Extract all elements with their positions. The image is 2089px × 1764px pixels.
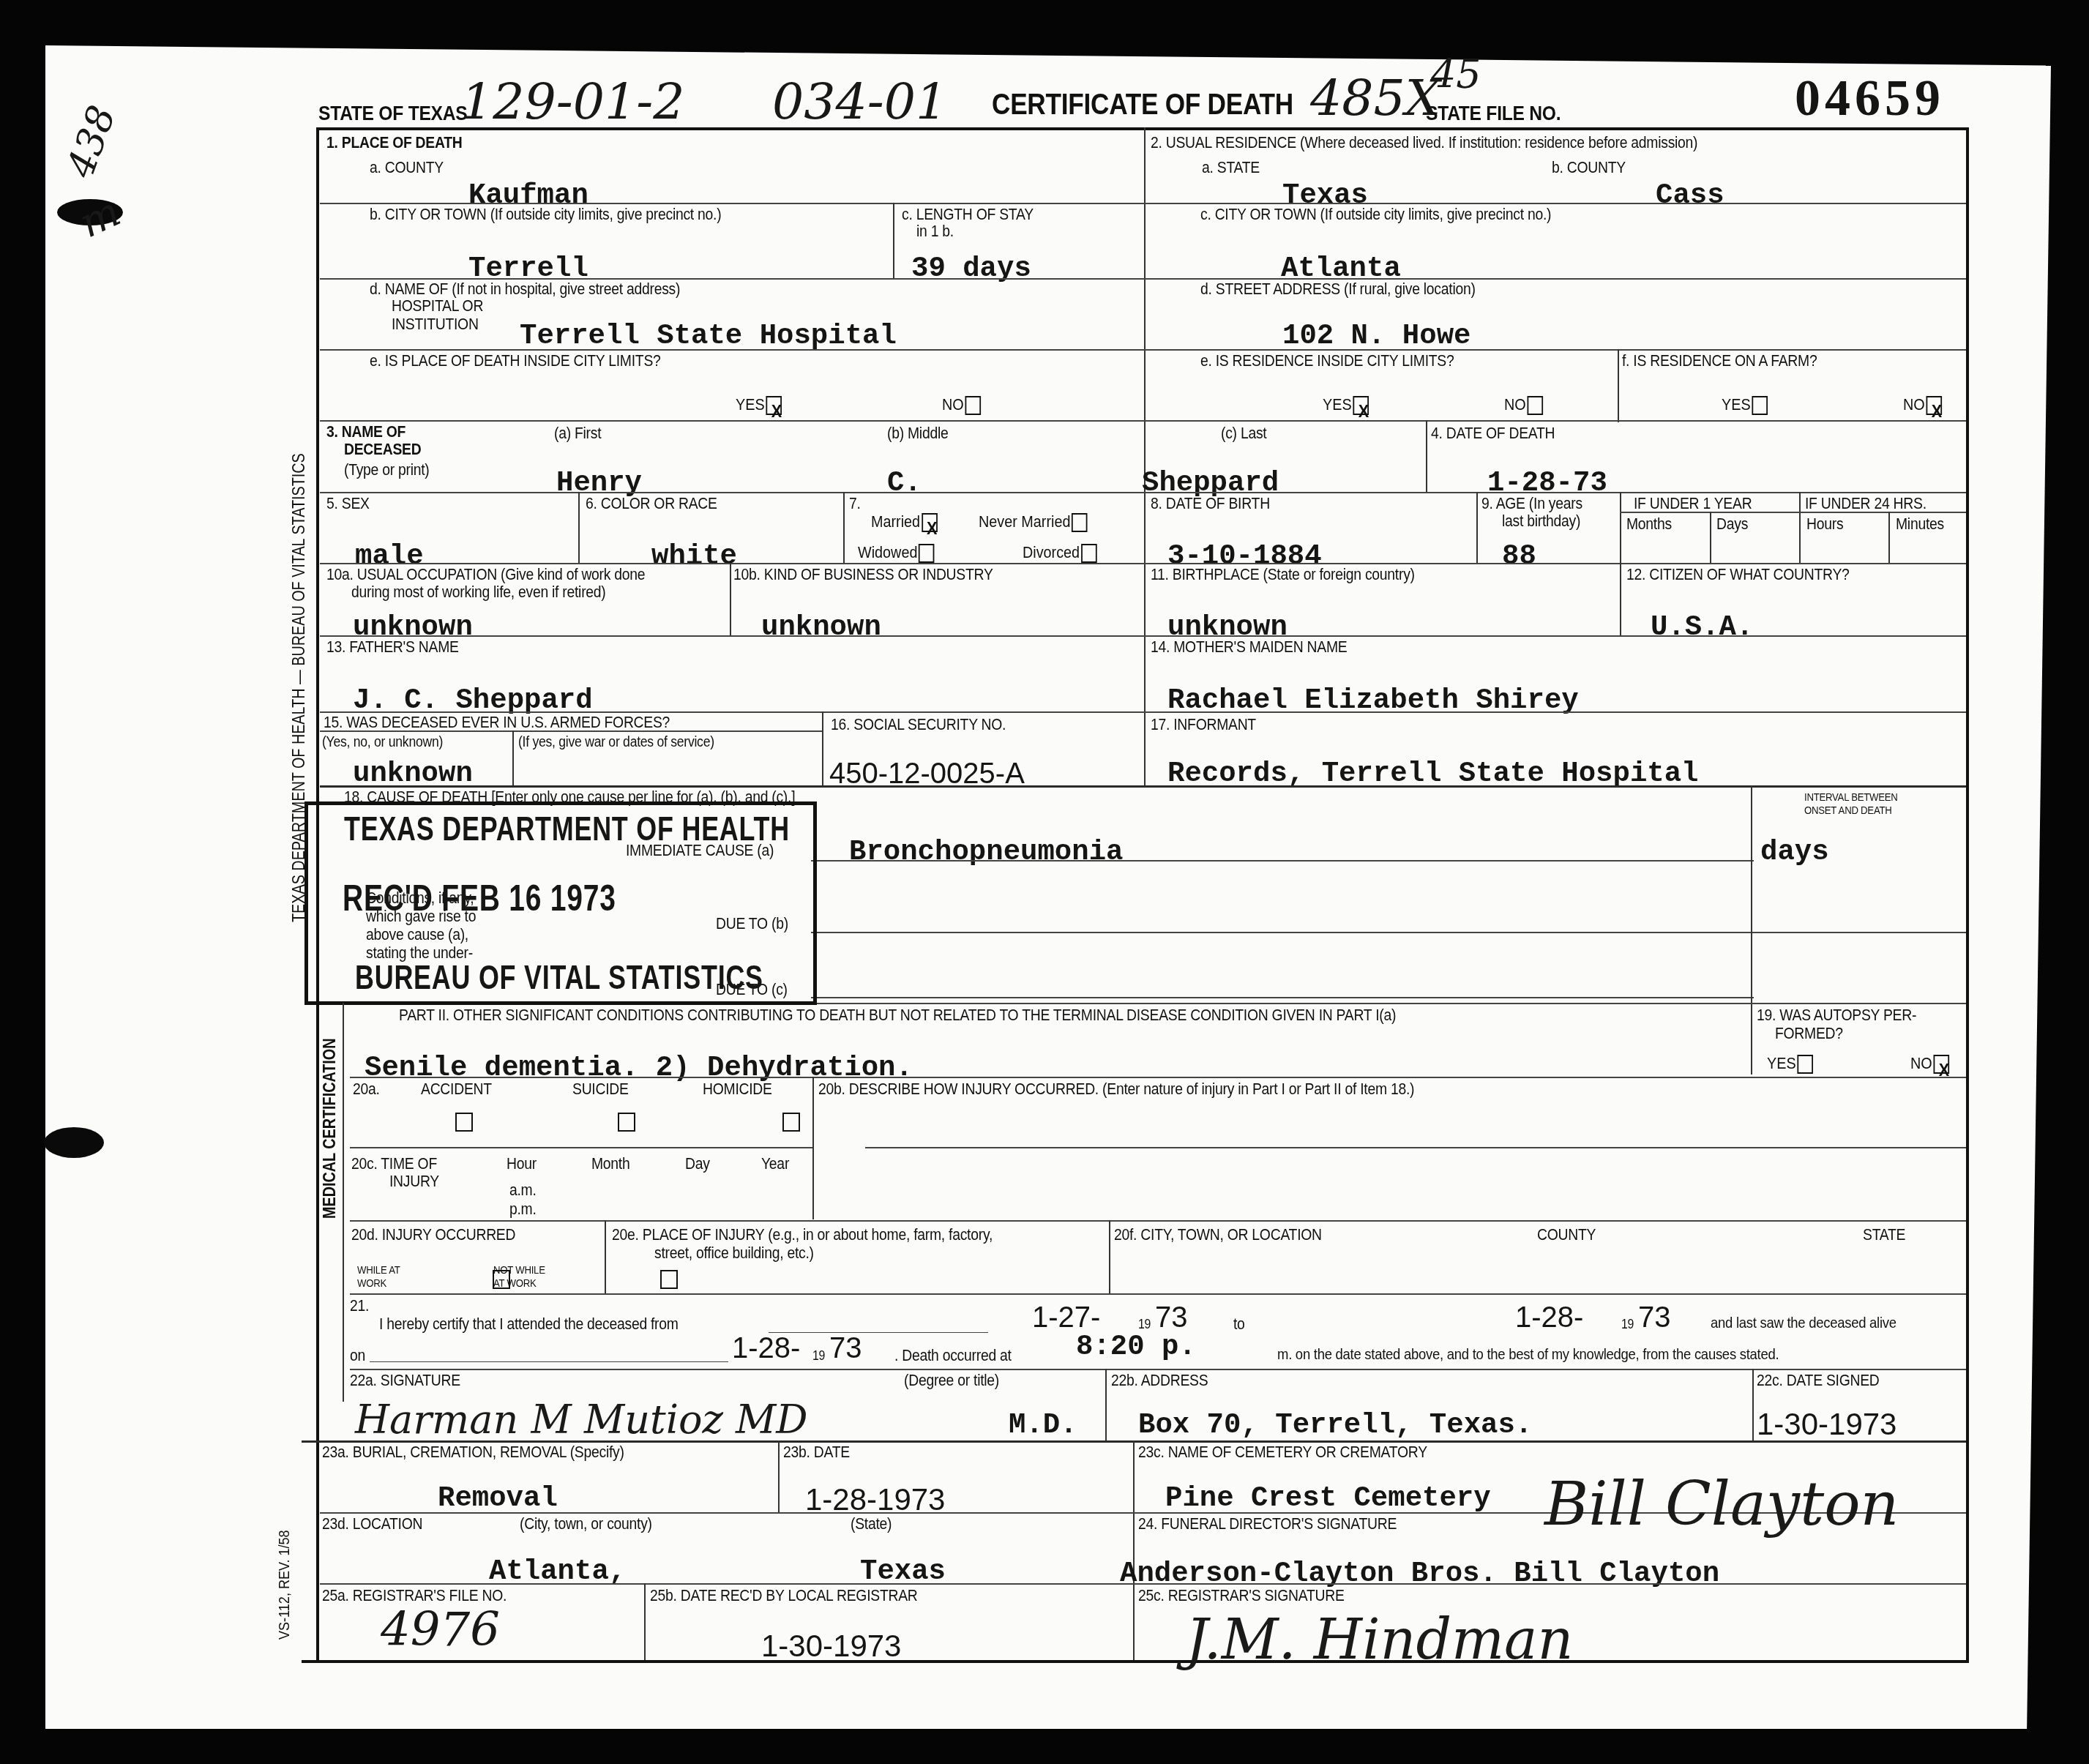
- am-label: a.m.: [509, 1181, 537, 1198]
- year-prefix-1: 19: [1138, 1318, 1151, 1331]
- res-street-label: d. STREET ADDRESS (If rural, give locati…: [1200, 280, 1476, 297]
- checkbox-checked-icon: [1353, 396, 1369, 415]
- row-line: [1620, 512, 1966, 513]
- days-label: Days: [1716, 515, 1748, 532]
- middle-name: C.: [887, 467, 922, 499]
- time-injury-label-1: 20c. TIME OF: [351, 1155, 437, 1172]
- month-label: Month: [591, 1155, 629, 1172]
- divider: [1476, 492, 1478, 563]
- divider: [1620, 492, 1621, 563]
- marital-never-married[interactable]: Never Married: [979, 512, 1088, 532]
- interval-label-1: INTERVAL BETWEEN: [1804, 792, 1898, 804]
- res-inside-limits-yes[interactable]: YES: [1323, 395, 1369, 415]
- marital-divorced[interactable]: Divorced: [1023, 543, 1097, 563]
- physician-signature: Harman M Mutioz MD: [355, 1397, 808, 1443]
- checkbox-checked-icon: [922, 513, 938, 532]
- handwritten-code-3: 485X: [1310, 70, 1440, 127]
- checkbox-checked-icon: [1927, 396, 1943, 415]
- res-inside-limits-no[interactable]: NO: [1504, 395, 1543, 415]
- part2-label: PART II. OTHER SIGNIFICANT CONDITIONS CO…: [399, 1006, 1396, 1023]
- row-line: [350, 1220, 1966, 1222]
- injury-20a-label: 20a.: [353, 1080, 380, 1097]
- date-signed: 1-30-1973: [1757, 1407, 1896, 1442]
- date-received: 1-30-1973: [761, 1629, 901, 1664]
- form-bottom-border: [302, 1660, 1969, 1663]
- cert-text-2: and last saw the deceased alive: [1711, 1315, 1896, 1331]
- usual-residence-label: 2. USUAL RESIDENCE (Where deceased lived…: [1151, 134, 1697, 151]
- hospital-label: d. NAME OF (If not in hospital, give str…: [370, 280, 680, 297]
- autopsy-yes[interactable]: YES: [1767, 1054, 1813, 1074]
- length-of-stay: 39 days: [911, 253, 1031, 285]
- divider: [1710, 512, 1711, 563]
- divider: [644, 1583, 646, 1660]
- state-label: STATE OF TEXAS: [318, 102, 467, 124]
- physician-address: Box 70, Terrell, Texas.: [1138, 1409, 1532, 1441]
- divider: [1799, 492, 1801, 563]
- res-inside-limits-label: e. IS RESIDENCE INSIDE CITY LIMITS?: [1200, 352, 1454, 369]
- stamp-received-date: REC'D FEB 16 1973: [343, 877, 616, 919]
- stay-divider: [893, 203, 894, 280]
- year-label: Year: [761, 1155, 789, 1172]
- informant-label: 17. INFORMANT: [1151, 716, 1256, 733]
- row-line: [350, 1369, 1966, 1370]
- attended-from: 1-27-: [1032, 1301, 1100, 1334]
- state-file-label: STATE FILE NO.: [1426, 102, 1561, 124]
- row-line: [320, 563, 1966, 564]
- suicide-checkbox[interactable]: [618, 1113, 635, 1132]
- divider: [812, 1077, 814, 1219]
- location-label: 23d. LOCATION: [322, 1515, 422, 1532]
- date-of-death-label: 4. DATE OF DEATH: [1431, 425, 1555, 441]
- divider: [1105, 1369, 1107, 1442]
- father-label: 13. FATHER'S NAME: [326, 638, 459, 655]
- cert-text-3: m. on the date stated above, and to the …: [1277, 1347, 1779, 1363]
- death-inside-limits-no[interactable]: NO: [942, 395, 981, 415]
- inside-limits-label: e. IS PLACE OF DEATH INSIDE CITY LIMITS?: [370, 352, 661, 369]
- registrar-file-number: 4976: [381, 1603, 500, 1657]
- race: white: [651, 540, 737, 572]
- location-sub: (City, town, or county): [520, 1515, 652, 1532]
- death-time: 8:20 p.: [1076, 1331, 1196, 1363]
- city-label: b. CITY OR TOWN (If outside city limits,…: [370, 206, 721, 223]
- marital-widowed[interactable]: Widowed: [858, 543, 935, 563]
- checkbox-empty-icon: [1081, 544, 1097, 563]
- checkbox-empty-icon: [919, 544, 935, 563]
- injury-occurred-label: 20d. INJURY OCCURRED: [351, 1226, 515, 1243]
- county-label: a. COUNTY: [370, 159, 444, 176]
- signature-label: 22a. SIGNATURE: [350, 1372, 460, 1389]
- armed-forces-label: 15. WAS DECEASED EVER IN U.S. ARMED FORC…: [324, 714, 670, 730]
- age-label-2: last birthday): [1502, 512, 1580, 529]
- row-line: [350, 1147, 812, 1148]
- address-label: 22b. ADDRESS: [1111, 1372, 1208, 1389]
- interval-label-2: ONSET AND DEATH: [1804, 805, 1892, 817]
- race-label: 6. COLOR OR RACE: [586, 495, 717, 512]
- stay-sublabel: in 1 b.: [916, 223, 954, 239]
- age: 88: [1502, 540, 1536, 572]
- divider: [778, 1440, 780, 1512]
- accident-label: ACCIDENT: [421, 1080, 492, 1097]
- place-injury-label-2: street, office building, etc.): [654, 1244, 814, 1261]
- row-line: [320, 420, 1966, 422]
- attended-to: 1-28-: [1515, 1301, 1583, 1334]
- name-label-3: (Type or print): [344, 461, 430, 478]
- ssn-label: 16. SOCIAL SECURITY NO.: [831, 716, 1006, 733]
- autopsy-label-2: FORMED?: [1775, 1025, 1843, 1042]
- punch-hole-bottom: [44, 1127, 104, 1158]
- state-sub: (State): [851, 1515, 892, 1532]
- disposition-date-label: 23b. DATE: [783, 1443, 850, 1460]
- not-while-label-1: NOT WHILE: [493, 1265, 545, 1277]
- res-county-label: b. COUNTY: [1552, 159, 1626, 176]
- marital-label: 7.: [849, 495, 861, 512]
- handwritten-code-2: 034-01: [772, 73, 947, 131]
- middle-name-label: (b) Middle: [887, 425, 948, 441]
- handwritten-code-1: 129-01-2: [461, 73, 685, 131]
- on-label: on: [350, 1347, 365, 1364]
- pm-label: p.m.: [509, 1200, 537, 1217]
- business-label: 10b. KIND OF BUSINESS OR INDUSTRY: [733, 566, 993, 583]
- homicide-label: HOMICIDE: [703, 1080, 772, 1097]
- age-label: 9. AGE (In years: [1481, 495, 1582, 512]
- row-line: [350, 1077, 1966, 1078]
- to-label: to: [1233, 1315, 1245, 1332]
- res-street: 102 N. Howe: [1282, 320, 1470, 352]
- first-name-label: (a) First: [554, 425, 601, 441]
- row-line: [320, 203, 1144, 204]
- injury-state-label: STATE: [1863, 1226, 1905, 1243]
- not-while-label-2: AT WORK: [493, 1278, 537, 1290]
- physician-degree: M.D.: [1009, 1409, 1077, 1441]
- row-line: [1144, 349, 1966, 351]
- date-signed-label: 22c. DATE SIGNED: [1757, 1372, 1880, 1389]
- funeral-home: Anderson-Clayton Bros. Bill Clayton: [1120, 1558, 1719, 1590]
- res-farm-label: f. IS RESIDENCE ON A FARM?: [1622, 352, 1817, 369]
- business: unknown: [761, 611, 881, 643]
- homicide-checkbox[interactable]: [782, 1113, 800, 1132]
- medical-strip-divider: [343, 1003, 344, 1402]
- year-prefix-2: 19: [1621, 1318, 1634, 1331]
- death-at-label: . Death occurred at: [894, 1347, 1012, 1364]
- divider: [822, 711, 823, 786]
- checkbox-empty-icon: [1528, 396, 1544, 415]
- res-county: Cass: [1656, 179, 1724, 212]
- cemetery: Pine Crest Cemetery: [1165, 1482, 1491, 1514]
- divider: [1620, 563, 1621, 636]
- mother-label: 14. MOTHER'S MAIDEN NAME: [1151, 638, 1347, 655]
- attended-to-year: 73: [1638, 1301, 1671, 1334]
- checkbox-empty-icon: [1797, 1055, 1813, 1074]
- divider: [730, 563, 731, 636]
- row-line: [811, 932, 1966, 933]
- place-injury-label-1: 20e. PLACE OF INJURY (e.g., in or about …: [612, 1226, 993, 1243]
- registrar-signature-label: 25c. REGISTRAR'S SIGNATURE: [1138, 1587, 1345, 1604]
- registrar-signature: J.M. Hindman: [1186, 1607, 1573, 1672]
- place-of-death-label: 1. PLACE OF DEATH: [326, 134, 463, 151]
- divider: [1133, 1440, 1135, 1660]
- while-work-label-1: WHILE AT: [357, 1265, 400, 1277]
- row-line: [811, 860, 1754, 862]
- row-line: [320, 635, 1966, 637]
- hours-label: Hours: [1806, 515, 1843, 532]
- cemetery-label: 23c. NAME OF CEMETERY OR CREMATORY: [1138, 1443, 1427, 1460]
- fill-line: [370, 1361, 728, 1362]
- row-line: [320, 1583, 1966, 1585]
- row-line: [865, 1147, 1966, 1148]
- checkbox-empty-icon: [965, 396, 982, 415]
- checkbox-empty-icon: [1752, 396, 1768, 415]
- checkbox-empty-icon: [1072, 513, 1088, 532]
- res-farm-yes[interactable]: YES: [1722, 395, 1768, 415]
- form-number: VS-112, REV. 1/58: [276, 1530, 294, 1640]
- degree-label: (Degree or title): [904, 1372, 999, 1389]
- describe-injury-label: 20b. DESCRIBE HOW INJURY OCCURRED. (Ente…: [818, 1080, 1414, 1097]
- row-line: [350, 1293, 1966, 1295]
- row-line: [320, 349, 1144, 351]
- injury-city-label: 20f. CITY, TOWN, OR LOCATION: [1114, 1226, 1322, 1243]
- res-city-label: c. CITY OR TOWN (If outside city limits,…: [1200, 206, 1551, 223]
- hospital-label-3: INSTITUTION: [392, 315, 479, 332]
- not-while-at-work-checkbox[interactable]: [660, 1270, 678, 1289]
- armed-sub-2: (If yes, give war or dates of service): [518, 735, 714, 750]
- farm-divider: [1618, 349, 1619, 422]
- under-1-year-label: IF UNDER 1 YEAR: [1634, 495, 1752, 512]
- divider: [843, 492, 845, 563]
- while-work-label-2: WORK: [357, 1278, 386, 1290]
- hour-label: Hour: [507, 1155, 537, 1172]
- cert-text-1: I hereby certify that I attended the dec…: [379, 1315, 679, 1332]
- autopsy-no[interactable]: NO: [1910, 1054, 1949, 1074]
- dob-label: 8. DATE OF BIRTH: [1151, 495, 1270, 512]
- divider: [578, 492, 580, 563]
- date-received-label: 25b. DATE REC'D BY LOCAL REGISTRAR: [650, 1587, 918, 1604]
- months-label: Months: [1626, 515, 1672, 532]
- divider: [512, 730, 514, 786]
- res-farm-no[interactable]: NO: [1903, 395, 1942, 415]
- occupation-label: 10a. USUAL OCCUPATION (Give kind of work…: [326, 566, 645, 583]
- minutes-label: Minutes: [1896, 515, 1944, 532]
- citizenship: U.S.A.: [1651, 611, 1753, 643]
- accident-checkbox[interactable]: [455, 1113, 473, 1132]
- under-24-label: IF UNDER 24 HRS.: [1805, 495, 1927, 512]
- stamp-bureau: BUREAU OF VITAL STATISTICS: [355, 957, 763, 997]
- checkbox-checked-icon: [1934, 1055, 1950, 1074]
- birthplace-label: 11. BIRTHPLACE (State or foreign country…: [1151, 566, 1415, 583]
- sex-label: 5. SEX: [326, 495, 370, 512]
- stay-label: c. LENGTH OF STAY: [902, 206, 1034, 223]
- armed-sub-1: (Yes, no, or unknown): [322, 735, 443, 750]
- interval-divider: [1751, 785, 1752, 1075]
- vertical-section-text: MEDICAL CERTIFICATION: [320, 1038, 340, 1219]
- death-inside-limits-yes[interactable]: YES: [736, 395, 782, 415]
- divider: [1109, 1220, 1110, 1293]
- occupation-label-2: during most of working life, even if ret…: [351, 583, 606, 600]
- certificate-title: CERTIFICATE OF DEATH: [992, 89, 1293, 120]
- funeral-director-signature: Bill Clayton: [1544, 1470, 1899, 1539]
- divider: [605, 1220, 606, 1293]
- injury-county-label: COUNTY: [1537, 1226, 1596, 1243]
- time-injury-label-2: INJURY: [389, 1173, 439, 1189]
- row-line: [1144, 203, 1966, 204]
- last-name-label: (c) Last: [1221, 425, 1266, 441]
- funeral-label: 24. FUNERAL DIRECTOR'S SIGNATURE: [1138, 1515, 1397, 1532]
- immediate-cause: Bronchopneumonia: [849, 836, 1123, 868]
- name-label: 3. NAME OF: [326, 423, 406, 440]
- name-label-2: DECEASED: [344, 441, 421, 457]
- marital-married[interactable]: Married: [871, 512, 938, 532]
- column-divider: [1144, 127, 1146, 786]
- divider: [1752, 1369, 1754, 1442]
- attended-from-year: 73: [1155, 1301, 1188, 1334]
- form-top-border: [316, 127, 1967, 130]
- hospital-label-2: HOSPITAL OR: [392, 297, 483, 314]
- autopsy-label-1: 19. WAS AUTOPSY PER-: [1757, 1006, 1916, 1023]
- row-line: [811, 997, 1754, 998]
- dod-divider: [1426, 420, 1427, 493]
- hospital-name: Terrell State Hospital: [520, 320, 897, 352]
- form-right-border: [1966, 127, 1969, 1663]
- registrar-file-label: 25a. REGISTRAR'S FILE NO.: [322, 1587, 507, 1604]
- stamp-agency: TEXAS DEPARTMENT OF HEALTH: [344, 809, 790, 848]
- day-label: Day: [685, 1155, 710, 1172]
- citizen-label: 12. CITIZEN OF WHAT COUNTRY?: [1626, 566, 1850, 583]
- fill-line: [769, 1332, 988, 1333]
- onset-interval: days: [1760, 836, 1829, 868]
- last-seen-year: 73: [829, 1332, 862, 1365]
- suicide-label: SUICIDE: [572, 1080, 629, 1097]
- res-state-label: a. STATE: [1202, 159, 1260, 176]
- year-prefix-3: 19: [812, 1349, 825, 1363]
- last-seen-date: 1-28-: [732, 1332, 800, 1365]
- disposition-method: Removal: [438, 1482, 558, 1514]
- state-file-number: 04659: [1795, 70, 1945, 128]
- checkbox-checked-icon: [766, 396, 782, 415]
- row-line: [320, 730, 822, 732]
- disposition-label: 23a. BURIAL, CREMATION, REMOVAL (Specify…: [322, 1443, 624, 1460]
- handwritten-code-4: 45: [1431, 51, 1481, 97]
- divider: [1888, 512, 1890, 563]
- cert-number: 21.: [350, 1297, 369, 1314]
- row-line: [320, 492, 1966, 493]
